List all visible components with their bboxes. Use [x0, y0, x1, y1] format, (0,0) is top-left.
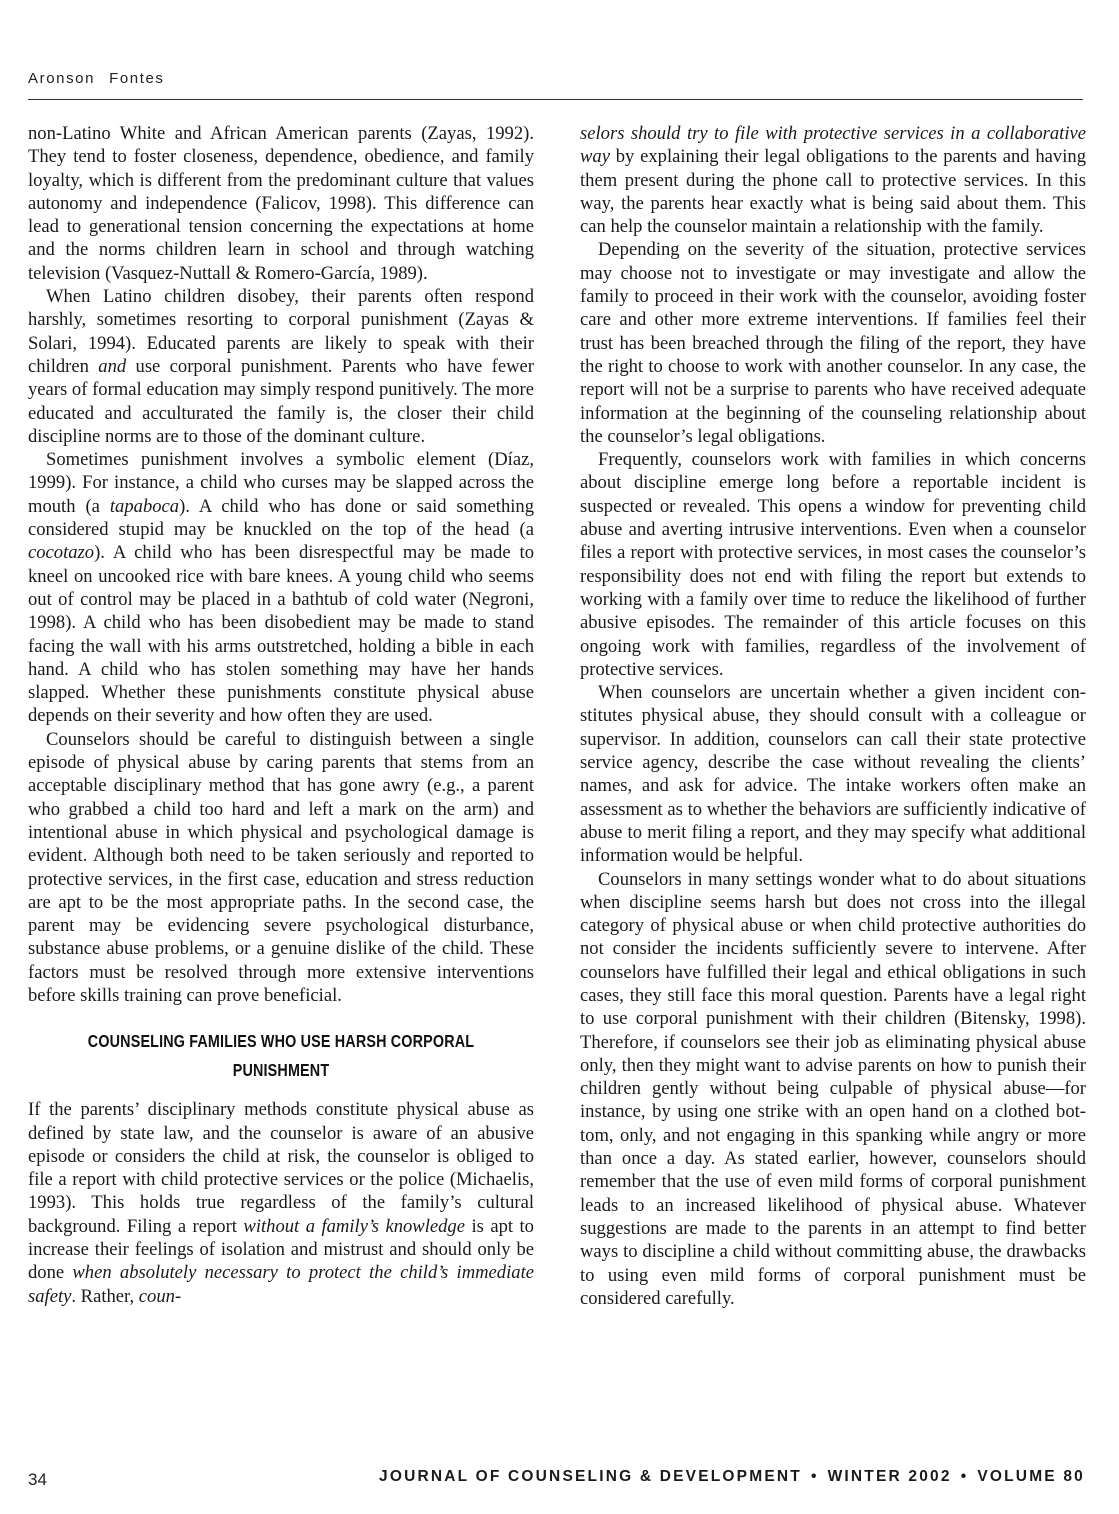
text-segment: Frequently, counselors work with familie…: [580, 449, 1086, 680]
body-paragraph: If the parents’ disciplinary methods con…: [28, 1098, 534, 1308]
text-segment: Counselors in many settings wonder what …: [580, 869, 1086, 1309]
body-paragraph: Counselors in many settings wonder what …: [580, 868, 1086, 1311]
body-paragraph: When Latino children disobey, their pare…: [28, 285, 534, 448]
text-segment: by explaining their legal obligations to…: [580, 146, 1086, 237]
separator-dot: •: [811, 1468, 819, 1485]
journal-title: JOURNAL OF COUNSELING & DEVELOPMENT: [379, 1468, 802, 1485]
journal-footer: JOURNAL OF COUNSELING & DEVELOPMENT•WINT…: [379, 1468, 1085, 1486]
text-segment: non-Latino White and African American pa…: [28, 123, 534, 284]
italic-text: tapaboca: [110, 496, 179, 517]
body-paragraph: Depending on the severity of the situati…: [580, 238, 1086, 448]
text-segment: Counselors should be careful to distingu…: [28, 729, 534, 1006]
body-paragraph: selors should try to file with protectiv…: [580, 122, 1086, 238]
text-segment: When counselors are uncertain whether a …: [580, 682, 1086, 866]
italic-text: without a family’s knowledge: [243, 1216, 465, 1237]
section-heading-line: COUNSELING FAMILIES WHO USE HARSH CORPOR…: [74, 1027, 489, 1056]
page-number: 34: [28, 1470, 47, 1490]
section-heading-line: PUNISHMENT: [74, 1056, 489, 1085]
section-heading: COUNSELING FAMILIES WHO USE HARSH CORPOR…: [74, 1027, 489, 1085]
body-paragraph: Counselors should be careful to distingu…: [28, 728, 534, 1008]
italic-text: coun-: [139, 1286, 181, 1307]
right-column: selors should try to file with protectiv…: [580, 122, 1086, 1310]
italic-text: cocotazo: [28, 542, 94, 563]
body-paragraph: Sometimes punishment involves a symbolic…: [28, 448, 534, 728]
journal-issue: WINTER 2002: [828, 1468, 952, 1485]
running-head: AronsonFontes: [28, 70, 165, 87]
body-paragraph: When counselors are uncertain whether a …: [580, 681, 1086, 867]
italic-text: and: [98, 356, 126, 377]
text-segment: ). A child who has been disrespectful ma…: [28, 542, 534, 726]
body-paragraph: non-Latino White and African American pa…: [28, 122, 534, 285]
text-segment: . Rather,: [71, 1286, 138, 1307]
header-rule: [28, 99, 1083, 100]
running-head-author: Fontes: [109, 70, 164, 87]
left-column: non-Latino White and African American pa…: [28, 122, 534, 1308]
running-head-author: Aronson: [28, 70, 95, 87]
journal-volume: VOLUME 80: [977, 1468, 1085, 1485]
separator-dot: •: [961, 1468, 969, 1485]
body-paragraph: Frequently, counselors work with familie…: [580, 448, 1086, 681]
text-segment: Depending on the severity of the situati…: [580, 239, 1086, 446]
